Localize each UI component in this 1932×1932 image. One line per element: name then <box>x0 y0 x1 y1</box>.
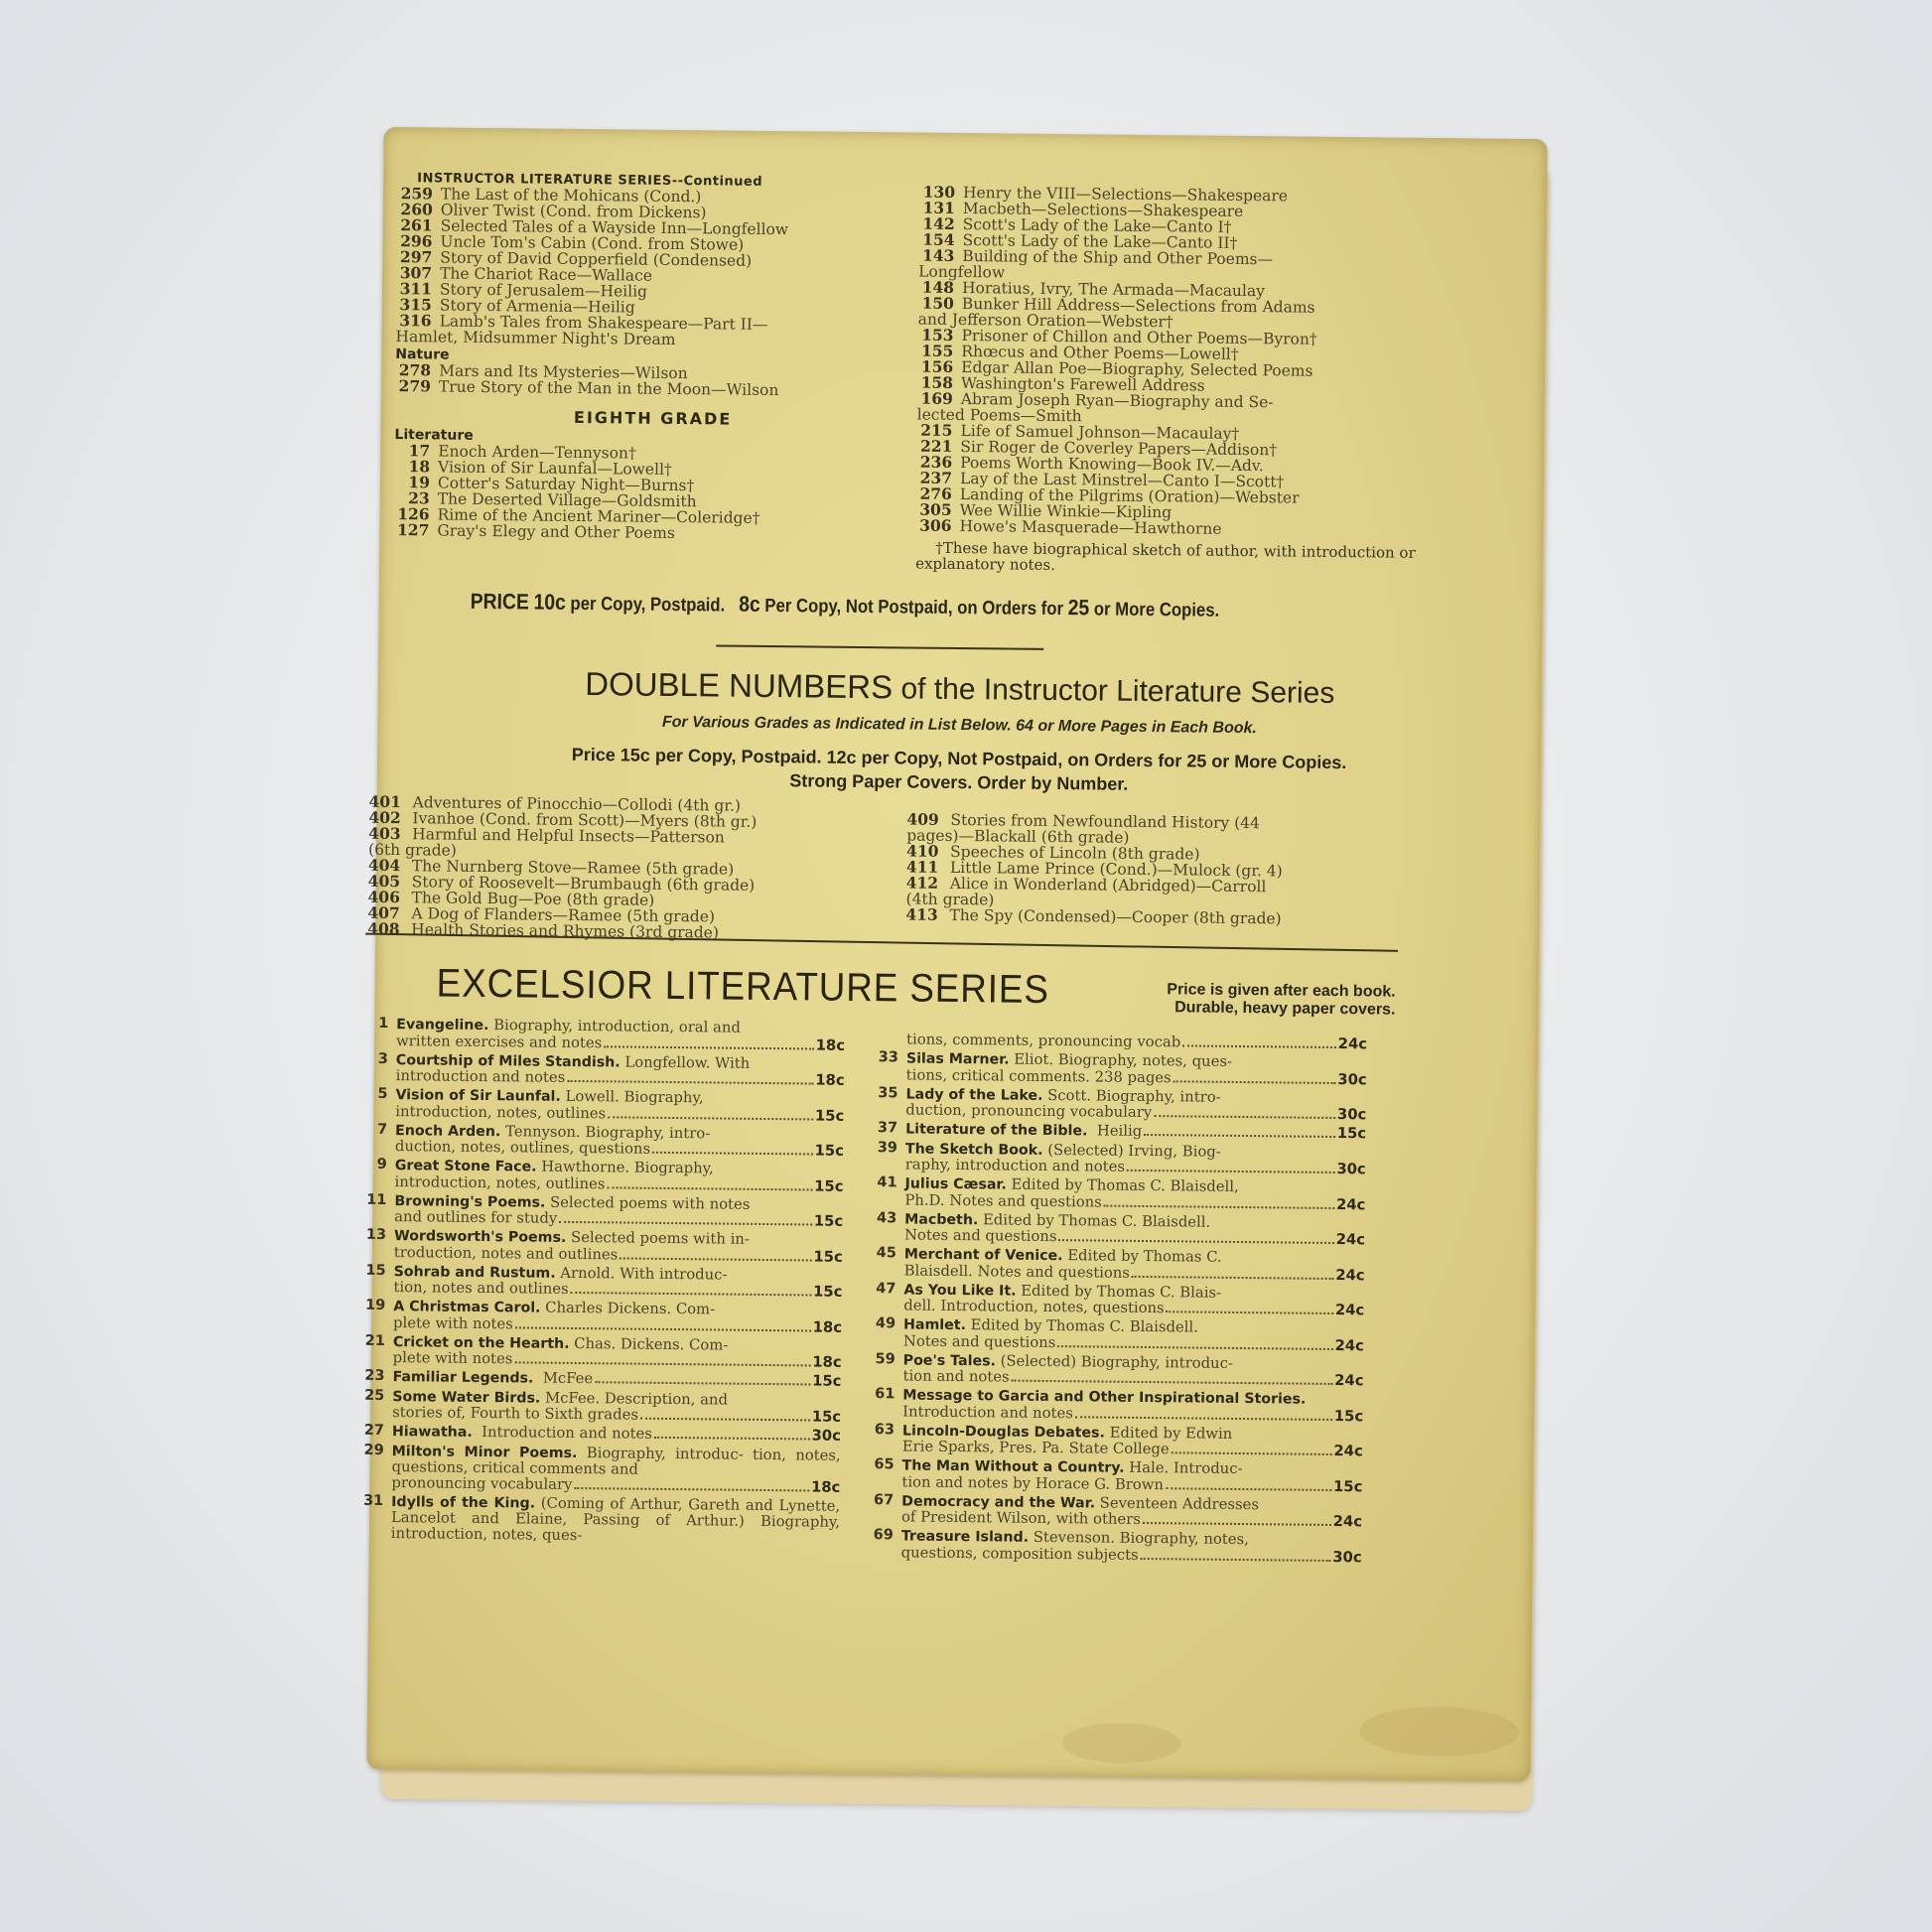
book-description: Sohrab and Rustum. Arnold. With introduc… <box>393 1264 842 1301</box>
excelsior-series-note: Price is given after each book. Durable,… <box>1087 980 1395 1019</box>
price: 15c <box>1333 1478 1363 1494</box>
leader-dots <box>514 1361 810 1366</box>
book-listing: 19A Christmas Carol. Charles Dickens. Co… <box>357 1299 842 1336</box>
instructor-price-line: PRICE 10c per Copy, Postpaid. 8c Per Cop… <box>471 589 1379 624</box>
item-number: 143 <box>918 248 954 264</box>
excelsior-continuation: tions, comments, pronouncing vocab 24c <box>906 1032 1367 1052</box>
leader-dots <box>1127 1170 1334 1173</box>
book-details: tion and notes by Horace G. Brown <box>901 1474 1164 1492</box>
book-description: The Man Without a Country. Hale. Introdu… <box>901 1457 1362 1494</box>
leader-dots <box>574 1486 809 1490</box>
book-price-line: pronouncing vocabulary18c <box>391 1475 840 1496</box>
price-label: PRICE <box>471 589 529 615</box>
book-details: written exercises and notes <box>396 1034 602 1051</box>
book-price-line: introduction, notes, outlines15c <box>394 1174 843 1195</box>
excelsior-series-title: EXCELSIOR LITERATURE SERIES <box>436 962 1049 1013</box>
book-listing: 61Message to Garcia and Other Inspiratio… <box>867 1387 1363 1425</box>
leader-dots <box>604 1045 813 1049</box>
price: 24c <box>1335 1303 1365 1318</box>
price-postpaid: 10c <box>533 590 566 615</box>
price: 24c <box>1336 1232 1366 1248</box>
book-number: 43 <box>869 1211 897 1227</box>
eighth-grade-list: 17Enoch Arden—Tennyson†18Vision of Sir L… <box>393 443 910 543</box>
book-listing: 67Democracy and the War. Seventeen Addre… <box>866 1493 1362 1531</box>
book-listing: 31Idylls of the King. (Coming of Arthur,… <box>355 1493 840 1546</box>
book-details: duction, pronouncing vocabulary <box>905 1102 1152 1120</box>
leader-dots <box>1075 1416 1332 1421</box>
book-details: tion, notes and outlines <box>393 1280 568 1297</box>
double-numbers-subtitle: For Various Grades as Indicated in List … <box>377 711 1541 741</box>
price: 18c <box>815 1073 845 1089</box>
book-details: and outlines for study <box>394 1209 557 1226</box>
book-listing: 33Silas Marner. Eliot. Biography, notes,… <box>871 1050 1367 1088</box>
nature-list: 278Mars and Its Mysteries—Wilson279True … <box>395 362 911 399</box>
book-number: 5 <box>359 1087 387 1103</box>
booklet-back-cover: INSTRUCTOR LITERATURE SERIES--Continued … <box>366 127 1547 1781</box>
book-description: Lincoln-Douglas Debates. Edited by Edwin… <box>902 1423 1363 1459</box>
leader-dots <box>1141 1557 1331 1561</box>
book-description: Poe's Tales. (Selected) Biography, intro… <box>902 1352 1363 1389</box>
book-number: 15 <box>358 1263 386 1279</box>
book-details: Notes and questions <box>904 1227 1057 1244</box>
double-numbers-title-rest: of the Instructor Literature Series <box>900 672 1334 710</box>
item-title: True Story of the Man in the Moon—Wilson <box>439 378 779 400</box>
book-price-line: troduction, notes and outlines15c <box>394 1245 843 1266</box>
leader-dots <box>567 1080 813 1085</box>
book-title: A Christmas Carol. <box>393 1299 540 1316</box>
book-number: 45 <box>869 1246 897 1262</box>
item-number: 412 <box>906 875 944 891</box>
leader-dots <box>1143 1522 1331 1526</box>
book-price-line: plete with notes18c <box>393 1315 842 1336</box>
item-title: Building of the Ship and Other Poems— <box>962 247 1273 268</box>
leader-dots <box>515 1326 811 1331</box>
price: 24c <box>1336 1197 1366 1213</box>
book-details: dell. Introduction, notes, questions <box>903 1298 1165 1315</box>
excelsior-right-list: 33Silas Marner. Eliot. Biography, notes,… <box>866 1050 1367 1566</box>
book-price-line: plete with notes18c <box>393 1350 842 1371</box>
item-number: 279 <box>395 378 431 394</box>
price: 30c <box>811 1428 841 1444</box>
excelsior-right-column: tions, comments, pronouncing vocab 24c 3… <box>866 1032 1368 1569</box>
book-number: 59 <box>868 1352 896 1368</box>
leader-dots <box>559 1221 812 1226</box>
leader-dots <box>1173 1080 1336 1084</box>
book-price-line: Literature of the Bible. Heilig15c <box>905 1121 1366 1142</box>
book-number: 7 <box>359 1122 387 1138</box>
book-listing: 35Lady of the Lake. Scott. Biography, in… <box>870 1086 1366 1124</box>
book-number: 47 <box>868 1282 896 1298</box>
book-description: Some Water Birds. McFee. Description, an… <box>392 1389 841 1426</box>
item-title: Howe's Masquerade—Hawthorne <box>959 517 1221 538</box>
book-listing: 41Julius Cæsar. Edited by Thomas C. Blai… <box>869 1175 1365 1213</box>
book-price-line: written exercises and notes18c <box>396 1034 845 1054</box>
book-title: Vision of Sir Launfal. <box>395 1087 561 1105</box>
book-number: 9 <box>359 1158 387 1173</box>
price-bulk-tail: or More Copies. <box>1094 599 1220 621</box>
book-title: Poe's Tales. <box>903 1352 996 1369</box>
bulk-quantity: 25 <box>1068 595 1090 620</box>
price: 18c <box>811 1479 841 1495</box>
book-number: 1 <box>360 1017 388 1033</box>
book-listing: 5Vision of Sir Launfal. Lowell. Biograph… <box>359 1087 844 1125</box>
book-description: Message to Garcia and Other Inspirationa… <box>902 1387 1363 1424</box>
item-title: The Spy (Condensed)—Cooper (8th grade) <box>949 906 1281 927</box>
book-number: 3 <box>360 1051 388 1067</box>
book-description: Hiawatha. Introduction and notes30c <box>392 1424 841 1445</box>
book-details: raphy, introduction and notes <box>905 1157 1125 1174</box>
price: 15c <box>813 1249 843 1265</box>
book-description: Milton's Minor Poems. Biography, introdu… <box>391 1444 840 1496</box>
book-listing: 25Some Water Birds. McFee. Description, … <box>356 1388 841 1426</box>
book-price-line: introduction, notes, outlines15c <box>395 1104 844 1125</box>
book-title: Julius Cæsar. <box>904 1175 1006 1192</box>
book-listing: 69Treasure Island. Stevenson. Biography,… <box>866 1528 1362 1566</box>
book-listing: 49Hamlet. Edited by Thomas C. Blaisdell.… <box>868 1316 1364 1354</box>
book-description: As You Like It. Edited by Thomas C. Blai… <box>903 1282 1364 1318</box>
price: 15c <box>1337 1126 1367 1142</box>
book-price-line: introduction and notes18c <box>396 1068 845 1089</box>
leader-dots <box>1012 1380 1333 1385</box>
book-number: 29 <box>356 1443 384 1458</box>
price: 15c <box>812 1373 842 1389</box>
book-details: plete with notes <box>393 1350 513 1367</box>
book-price-line: tion, notes and outlines15c <box>393 1280 842 1301</box>
price: 30c <box>1332 1549 1362 1565</box>
book-listing: 39The Sketch Book. (Selected) Irving, Bi… <box>870 1141 1366 1178</box>
book-listing: 63Lincoln-Douglas Debates. Edited by Edw… <box>867 1423 1363 1460</box>
item-number: 150 <box>918 296 954 312</box>
book-title: Silas Marner. <box>906 1050 1010 1067</box>
book-title: Macbeth. <box>904 1211 978 1228</box>
price: 24c <box>1334 1373 1364 1389</box>
price: 15c <box>812 1409 842 1425</box>
book-number: 61 <box>867 1387 895 1403</box>
book-number: 13 <box>358 1228 386 1244</box>
book-details: pronouncing vocabulary <box>391 1475 572 1492</box>
book-description: Wordsworth's Poems. Selected poems with … <box>394 1228 843 1265</box>
leader-dots <box>1166 1487 1331 1491</box>
instructor-right-column: 130Henry the VIII—Selections—Shakespeare… <box>915 185 1455 578</box>
page-content: INSTRUCTOR LITERATURE SERIES--Continued … <box>366 127 1547 1781</box>
book-first-line: Idylls of the King. (Coming of Arthur, G… <box>391 1494 840 1546</box>
book-number: 65 <box>867 1457 895 1473</box>
book-listing: 11Browning's Poems. Selected poems with … <box>358 1192 843 1230</box>
leader-dots <box>1132 1275 1333 1279</box>
book-title: Milton's Minor Poems. <box>392 1444 578 1461</box>
book-details: introduction, notes, outlines <box>395 1104 606 1122</box>
excelsior-left-list: 1Evangeline. Biography, introduction, or… <box>355 1017 846 1549</box>
item-title: Harmful and Helpful Insects—Patterson <box>412 825 725 846</box>
book-title: Hiawatha. <box>392 1425 473 1441</box>
price: 24c <box>1333 1444 1363 1459</box>
leader-dots <box>571 1292 811 1297</box>
book-number: 25 <box>356 1388 384 1404</box>
book-details: tions, critical comments. 238 pages <box>906 1067 1172 1085</box>
book-listing: 13Wordsworth's Poems. Selected poems wit… <box>358 1228 843 1266</box>
book-listing: 7Enoch Arden. Tennyson. Biography, intro… <box>359 1122 844 1160</box>
instructor-list-top: 259The Last of the Mohicans (Cond.)260Ol… <box>395 186 913 349</box>
book-listing: 21Cricket on the Hearth. Chas. Dickens. … <box>357 1333 842 1371</box>
price: 18c <box>812 1354 842 1370</box>
book-details: questions, composition subjects <box>901 1545 1139 1563</box>
double-numbers-title-main: DOUBLE NUMBERS <box>585 665 893 705</box>
book-title: Wordsworth's Poems. <box>394 1228 567 1246</box>
leader-dots <box>1144 1134 1335 1138</box>
book-description: Lady of the Lake. Scott. Biography, intr… <box>905 1086 1366 1123</box>
leader-dots <box>654 1437 810 1441</box>
book-listing: 1Evangeline. Biography, introduction, or… <box>360 1017 845 1054</box>
book-description: Enoch Arden. Tennyson. Biography, intro-… <box>395 1123 844 1160</box>
book-title: Treasure Island. <box>901 1528 1029 1545</box>
book-price-line: Familiar Legends. McFee15c <box>392 1369 841 1390</box>
price: 18c <box>816 1037 846 1053</box>
book-number: 49 <box>868 1316 896 1332</box>
book-details: Notes and questions <box>903 1333 1056 1350</box>
book-number: 31 <box>355 1493 383 1509</box>
book-listing: 9Great Stone Face. Hawthorne. Biography,… <box>358 1158 843 1195</box>
leader-dots <box>1104 1204 1334 1208</box>
book-description: Merchant of Venice. Edited by Thomas C.B… <box>904 1246 1365 1283</box>
price-postpaid-text: per Copy, Postpaid. <box>570 594 725 617</box>
book-number: 21 <box>357 1333 385 1349</box>
book-number: 19 <box>357 1299 385 1314</box>
price: 18c <box>813 1319 843 1335</box>
book-description: Vision of Sir Launfal. Lowell. Biography… <box>395 1087 844 1124</box>
book-number: 35 <box>870 1086 897 1102</box>
eighth-grade-heading: EIGHTH GRADE <box>395 406 911 430</box>
book-description: Macbeth. Edited by Thomas C. Blaisdell.N… <box>904 1211 1365 1248</box>
book-number: 41 <box>869 1175 897 1191</box>
book-listing: 65The Man Without a Country. Hale. Intro… <box>866 1457 1362 1495</box>
book-listing: 37Literature of the Bible. Heilig15c <box>870 1121 1366 1143</box>
book-title: As You Like It. <box>903 1282 1016 1299</box>
item-title: Alice in Wonderland (Abridged)—Carroll <box>950 875 1267 896</box>
book-description: Evangeline. Biography, introduction, ora… <box>396 1017 845 1053</box>
price: 24c <box>1333 1514 1363 1530</box>
instructor-left-column: INSTRUCTOR LITERATURE SERIES--Continued … <box>393 171 913 543</box>
price: 15c <box>1334 1409 1364 1425</box>
book-price-line: stories of, Fourth to Sixth grades15c <box>392 1405 841 1426</box>
price: 15c <box>814 1178 844 1194</box>
leader-dots <box>640 1418 810 1422</box>
book-number: 37 <box>870 1121 897 1137</box>
book-title: Literature of the Bible. <box>905 1122 1087 1139</box>
book-details: stories of, Fourth to Sixth grades <box>392 1405 638 1423</box>
book-listing: 15Sohrab and Rustum. Arnold. With introd… <box>357 1263 842 1301</box>
book-description: Treasure Island. Stevenson. Biography, n… <box>901 1528 1362 1565</box>
leader-dots <box>1167 1311 1333 1314</box>
book-description: The Sketch Book. (Selected) Irving, Biog… <box>905 1141 1366 1177</box>
price: 24c <box>1334 1338 1364 1354</box>
book-listing: 43Macbeth. Edited by Thomas C. Blaisdell… <box>869 1211 1365 1249</box>
item-number: 127 <box>393 522 429 538</box>
book-number: 67 <box>866 1493 894 1509</box>
book-details: Blaisdell. Notes and questions <box>904 1263 1130 1281</box>
book-listing: 59Poe's Tales. (Selected) Biography, int… <box>867 1352 1363 1390</box>
book-description: Democracy and the War. Seventeen Address… <box>901 1493 1362 1530</box>
book-details: plete with notes <box>393 1315 513 1332</box>
book-details: Erie Sparks, Pres. Pa. State College <box>902 1439 1170 1456</box>
book-description: Julius Cæsar. Edited by Thomas C. Blaisd… <box>904 1175 1365 1212</box>
item-number: 169 <box>917 391 953 407</box>
instructor-list-right: 130Henry the VIII—Selections—Shakespeare… <box>915 185 1455 540</box>
double-numbers-left-list: 401Adventures of Pinocchio—Collodi (4th … <box>367 794 885 942</box>
price: 24c <box>1335 1268 1365 1284</box>
price: 15c <box>813 1285 843 1301</box>
price: 15c <box>814 1144 844 1160</box>
item-number: 413 <box>905 906 943 922</box>
book-title: Great Stone Face. <box>395 1158 537 1174</box>
book-number: 39 <box>870 1141 897 1157</box>
price: 15c <box>815 1108 845 1124</box>
item-title: Gray's Elegy and Other Poems <box>437 521 675 542</box>
price: 30c <box>1337 1072 1367 1088</box>
item-number: 403 <box>368 826 406 842</box>
book-description: Browning's Poems. Selected poems with no… <box>394 1193 843 1230</box>
book-description: Great Stone Face. Hawthorne. Biography,i… <box>394 1158 843 1194</box>
book-description: A Christmas Carol. Charles Dickens. Com-… <box>393 1299 842 1335</box>
leader-dots <box>620 1257 811 1261</box>
book-details: introduction, notes, outlines <box>394 1174 605 1192</box>
book-listing: 3Courtship of Miles Standish. Longfellow… <box>360 1051 845 1089</box>
price: 30c <box>1337 1107 1367 1123</box>
book-details: duction, notes, outlines, questions <box>395 1139 650 1157</box>
book-details: troduction, notes and outlines <box>394 1245 619 1263</box>
excelsior-cover-note: Durable, heavy paper covers. <box>1087 998 1395 1019</box>
item-number: 316 <box>396 313 432 329</box>
book-number: 33 <box>871 1050 898 1066</box>
double-numbers-right-list: 409Stories from Newfoundland History (44… <box>905 811 1423 927</box>
leader-dots <box>608 1116 813 1120</box>
book-description: Courtship of Miles Standish. Longfellow.… <box>396 1052 845 1089</box>
book-title: Enoch Arden. <box>395 1123 500 1140</box>
leader-dots <box>652 1152 812 1156</box>
book-listing: 29Milton's Minor Poems. Biography, intro… <box>355 1443 840 1495</box>
leader-dots <box>1057 1345 1332 1350</box>
book-listing: 47As You Like It. Edited by Thomas C. Bl… <box>868 1282 1364 1319</box>
price: 15c <box>814 1214 844 1230</box>
book-title: Familiar Legends. <box>392 1370 533 1387</box>
double-numbers-title: DOUBLE NUMBERS of the Instructor Literat… <box>378 663 1542 713</box>
book-number: 11 <box>358 1192 386 1208</box>
leader-dots <box>1154 1115 1335 1119</box>
book-price-line: duction, notes, outlines, questions15c <box>395 1139 844 1160</box>
book-listing: 45Merchant of Venice. Edited by Thomas C… <box>869 1246 1365 1284</box>
book-number: 69 <box>866 1528 894 1544</box>
book-title: Evangeline. <box>396 1017 488 1034</box>
price: 24c <box>1338 1036 1368 1052</box>
leader-dots <box>1058 1239 1333 1244</box>
book-details: of President Wilson, with others <box>901 1509 1141 1527</box>
leader-dots <box>607 1186 812 1190</box>
book-price-line: and outlines for study15c <box>394 1209 843 1230</box>
item-number: 306 <box>915 518 951 534</box>
book-description: Cricket on the Hearth. Chas. Dickens. Co… <box>393 1334 842 1371</box>
book-number: 23 <box>356 1369 384 1385</box>
leader-dots <box>595 1381 810 1385</box>
book-details: tion and notes <box>902 1368 1009 1385</box>
book-details: Ph.D. Notes and questions <box>904 1192 1102 1210</box>
book-title: Merchant of Venice. <box>904 1246 1063 1264</box>
book-listing: 27Hiawatha. Introduction and notes30c <box>356 1424 841 1446</box>
item-number: 409 <box>906 811 944 827</box>
book-description: Idylls of the King. (Coming of Arthur, G… <box>391 1494 840 1546</box>
book-number: 27 <box>356 1424 384 1440</box>
book-description: Silas Marner. Eliot. Biography, notes, q… <box>906 1050 1367 1087</box>
book-title: Idylls of the King. <box>391 1494 535 1512</box>
book-number: 63 <box>867 1423 895 1439</box>
book-details: Introduction and notes <box>902 1404 1073 1421</box>
price-bulk: 8c <box>739 592 760 617</box>
book-description: Literature of the Bible. Heilig15c <box>905 1121 1366 1142</box>
price-bulk-text: Per Copy, Not Postpaid, on Orders for <box>764 596 1063 620</box>
book-description: Hamlet. Edited by Thomas C. Blaisdell.No… <box>903 1316 1364 1353</box>
book-title: Hamlet. <box>903 1316 966 1333</box>
biographical-footnote: †These have biographical sketch of autho… <box>915 540 1451 578</box>
double-numbers-price: Price 15c per Copy, Postpaid. 12c per Co… <box>377 741 1541 800</box>
book-details: introduction and notes <box>396 1068 566 1085</box>
leader-dots <box>1172 1451 1332 1455</box>
price: 30c <box>1336 1162 1366 1177</box>
section-divider <box>716 644 1043 649</box>
book-listing: 23Familiar Legends. McFee15c <box>356 1369 841 1391</box>
book-description: Familiar Legends. McFee15c <box>392 1369 841 1390</box>
book-price-line: Hiawatha. Introduction and notes30c <box>392 1424 841 1445</box>
